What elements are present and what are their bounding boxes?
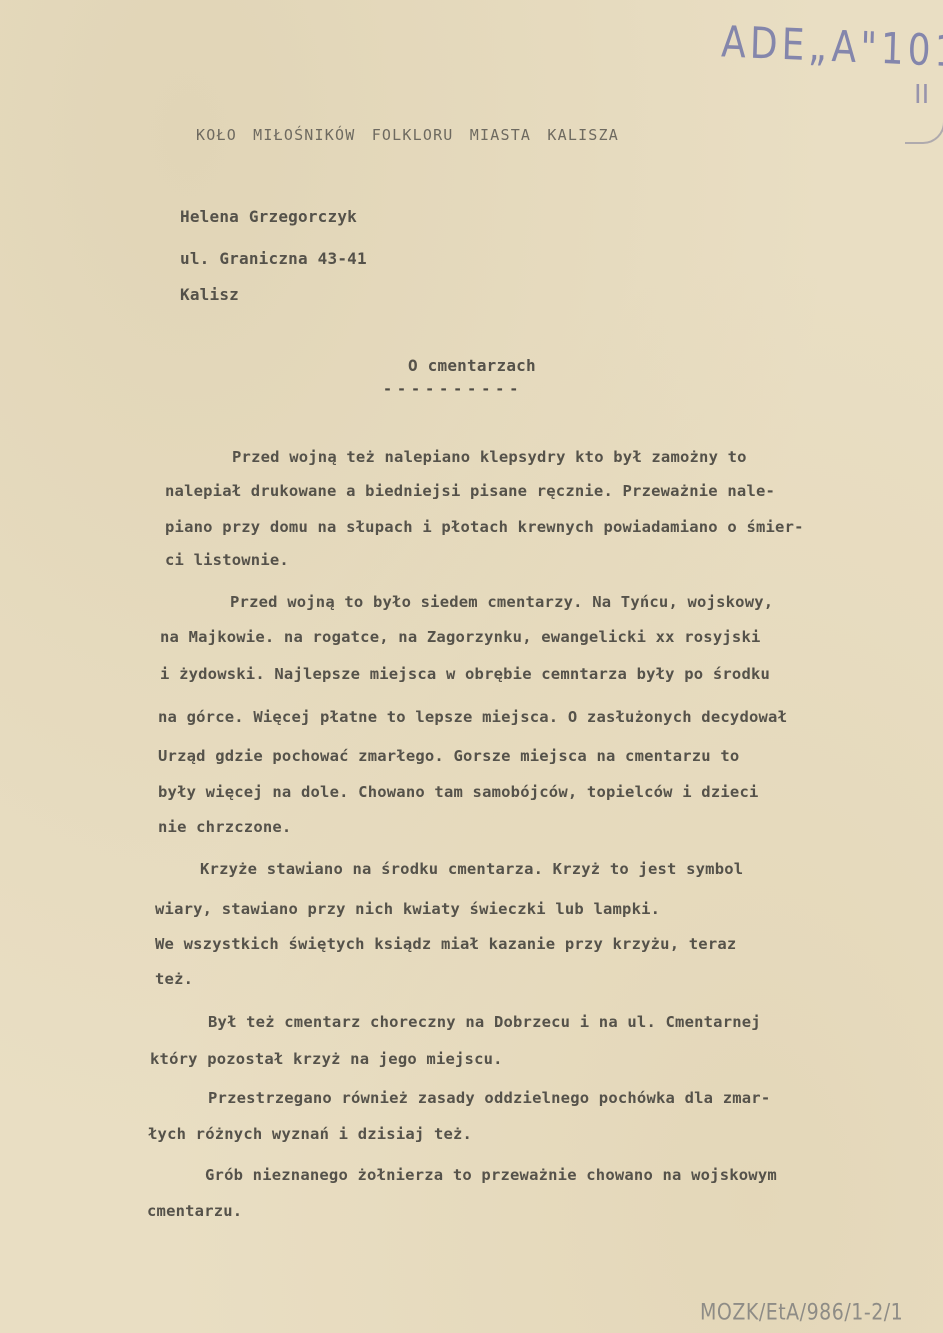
- body-line: Krzyże stawiano na środku cmentarza. Krz…: [200, 860, 743, 878]
- body-line: łych różnych wyznań i dzisiaj też.: [148, 1125, 472, 1143]
- body-line: cmentarzu.: [147, 1202, 242, 1220]
- body-line: nie chrzczone.: [158, 818, 291, 836]
- handwritten-stroke: [905, 112, 943, 144]
- body-line: na górce. Więcej płatne to lepsze miejsc…: [158, 708, 787, 726]
- document-title: O cmentarzach: [408, 356, 536, 375]
- body-line: piano przy domu na słupach i płotach kre…: [165, 518, 804, 536]
- archive-number-handwritten: ADE„A"1016: [721, 18, 943, 78]
- body-line: Przestrzegano również zasady oddzielnego…: [208, 1089, 770, 1107]
- body-line: Grób nieznanego żołnierza to przeważnie …: [205, 1166, 777, 1184]
- body-line: też.: [155, 970, 193, 988]
- body-line: ci listownie.: [165, 551, 289, 569]
- body-line: We wszystkich świętych ksiądz miał kazan…: [155, 935, 736, 953]
- body-line: były więcej na dole. Chowano tam samobój…: [158, 783, 759, 801]
- body-line: wiary, stawiano przy nich kwiaty świeczk…: [155, 900, 660, 918]
- body-line: Urząd gdzie pochować zmarłego. Gorsze mi…: [158, 747, 739, 765]
- body-line: Przed wojną też nalepiano klepsydry kto …: [232, 448, 747, 466]
- sender-name: Helena Grzegorczyk: [180, 207, 357, 226]
- body-line: na Majkowie. na rogatce, na Zagorzynku, …: [160, 628, 761, 646]
- body-line: Przed wojną to było siedem cmentarzy. Na…: [230, 593, 773, 611]
- body-line: i żydowski. Najlepsze miejsca w obrębie …: [160, 665, 770, 683]
- sender-city: Kalisz: [180, 285, 239, 304]
- title-underline: ----------: [383, 380, 523, 398]
- document-page: ADE„A"1016 II KOŁO MIŁOŚNIKÓW FOLKLORU M…: [0, 0, 943, 1333]
- sender-address: ul. Graniczna 43-41: [180, 249, 367, 268]
- body-line: który pozostał krzyż na jego miejscu.: [150, 1050, 503, 1068]
- body-line: nalepiał drukowane a biedniejsi pisane r…: [165, 482, 775, 500]
- archive-reference-code: MOZK/EtA/986/1-2/1: [700, 1300, 903, 1325]
- archive-mark-handwritten: II: [914, 80, 929, 110]
- organization-header: KOŁO MIŁOŚNIKÓW FOLKLORU MIASTA KALISZA: [196, 126, 619, 144]
- body-line: Był też cmentarz choreczny na Dobrzecu i…: [208, 1013, 761, 1031]
